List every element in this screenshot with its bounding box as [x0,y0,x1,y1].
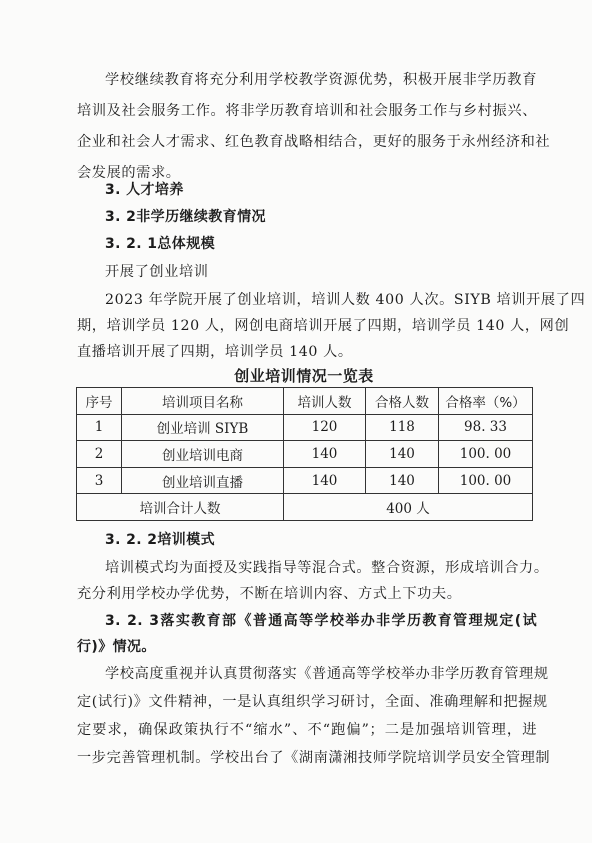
cell-passed: 140 [366,441,439,468]
paragraph-scale-line-2: 期，培训学员 120 人，网创电商培训开展了四期，培训学员 140 人，网创 [77,316,537,336]
paragraph-mode-line-2: 充分利用学校办学优势，不断在培训内容、方式上下功夫。 [77,584,537,604]
heading-3-2: 3. 2非学历继续教育情况 [105,207,537,227]
heading-3-2-1: 3. 2. 1总体规模 [105,234,537,254]
cell-pass-rate: 100. 00 [439,467,533,494]
paragraph-policy-line-2: 定(试行)》文件精神，一是认真组织学习研讨，全面、准确理解和把握规 [77,692,537,712]
cell-project-name: 创业培训 SIYB [122,414,284,441]
paragraph-scale-line-3: 直播培训开展了四期，培训学员 140 人。 [77,342,537,362]
heading-3: 3. 人才培养 [105,180,537,200]
header-index: 序号 [77,388,122,415]
paragraph-policy-line-4: 一步完善管理机制。学校出台了《湖南潇湘技师学院培训学员安全管理制 [77,748,537,768]
total-value: 400 人 [284,494,533,521]
cell-trainees: 140 [284,441,366,468]
header-trainees: 培训人数 [284,388,366,415]
cell-project-name: 创业培训直播 [122,467,284,494]
header-project-name: 培训项目名称 [122,388,284,415]
header-passed: 合格人数 [366,388,439,415]
heading-3-2-3-line-1: 3. 2. 3落实教育部《普通高等学校举办非学历教育管理规定(试 [105,611,537,631]
table-header-row: 序号 培训项目名称 培训人数 合格人数 合格率（%） [77,388,533,415]
table-total-row: 培训合计人数 400 人 [77,494,533,521]
table-row: 2 创业培训电商 140 140 100. 00 [77,441,533,468]
table-row: 1 创业培训 SIYB 120 118 98. 33 [77,414,533,441]
paragraph-intro-line-1: 学校继续教育将充分利用学校教学资源优势，积极开展非学历教育 [105,70,537,90]
total-label: 培训合计人数 [77,494,284,521]
cell-trainees: 140 [284,467,366,494]
paragraph-policy-line-1: 学校高度重视并认真贯彻落实《普通高等学校举办非学历教育管理规 [105,664,537,684]
paragraph-intro-line-3: 企业和社会人才需求、红色教育战略相结合，更好的服务于永州经济和社 [77,132,537,152]
table-title: 创业培训情况一览表 [76,365,532,386]
cell-passed: 140 [366,467,439,494]
paragraph-policy-line-3: 定要求，确保政策执行不“缩水”、不“跑偏”；二是加强培训管理，进 [77,720,537,740]
document-page: 学校继续教育将充分利用学校教学资源优势，积极开展非学历教育 培训及社会服务工作。… [0,0,592,843]
table-row: 3 创业培训直播 140 140 100. 00 [77,467,533,494]
subline-entrepreneurship: 开展了创业培训 [105,262,537,282]
paragraph-mode-line-1: 培训模式均为面授及实践指导等混合式。整合资源，形成培训合力。 [105,558,537,578]
cell-trainees: 120 [284,414,366,441]
cell-project-name: 创业培训电商 [122,441,284,468]
paragraph-intro-line-2: 培训及社会服务工作。将非学历教育培训和社会服务工作与乡村振兴、 [77,101,537,121]
header-pass-rate: 合格率（%） [439,388,533,415]
heading-3-2-2: 3. 2. 2培训模式 [105,530,537,550]
cell-pass-rate: 100. 00 [439,441,533,468]
cell-pass-rate: 98. 33 [439,414,533,441]
cell-passed: 118 [366,414,439,441]
cell-index: 2 [77,441,122,468]
training-table: 序号 培训项目名称 培训人数 合格人数 合格率（%） 1 创业培训 SIYB 1… [76,387,533,521]
cell-index: 3 [77,467,122,494]
cell-index: 1 [77,414,122,441]
heading-3-2-3-line-2: 行)》情况。 [77,637,537,657]
paragraph-scale-line-1: 2023 年学院开展了创业培训，培训人数 400 人次。SIYB 培训开展了四 [105,290,537,310]
